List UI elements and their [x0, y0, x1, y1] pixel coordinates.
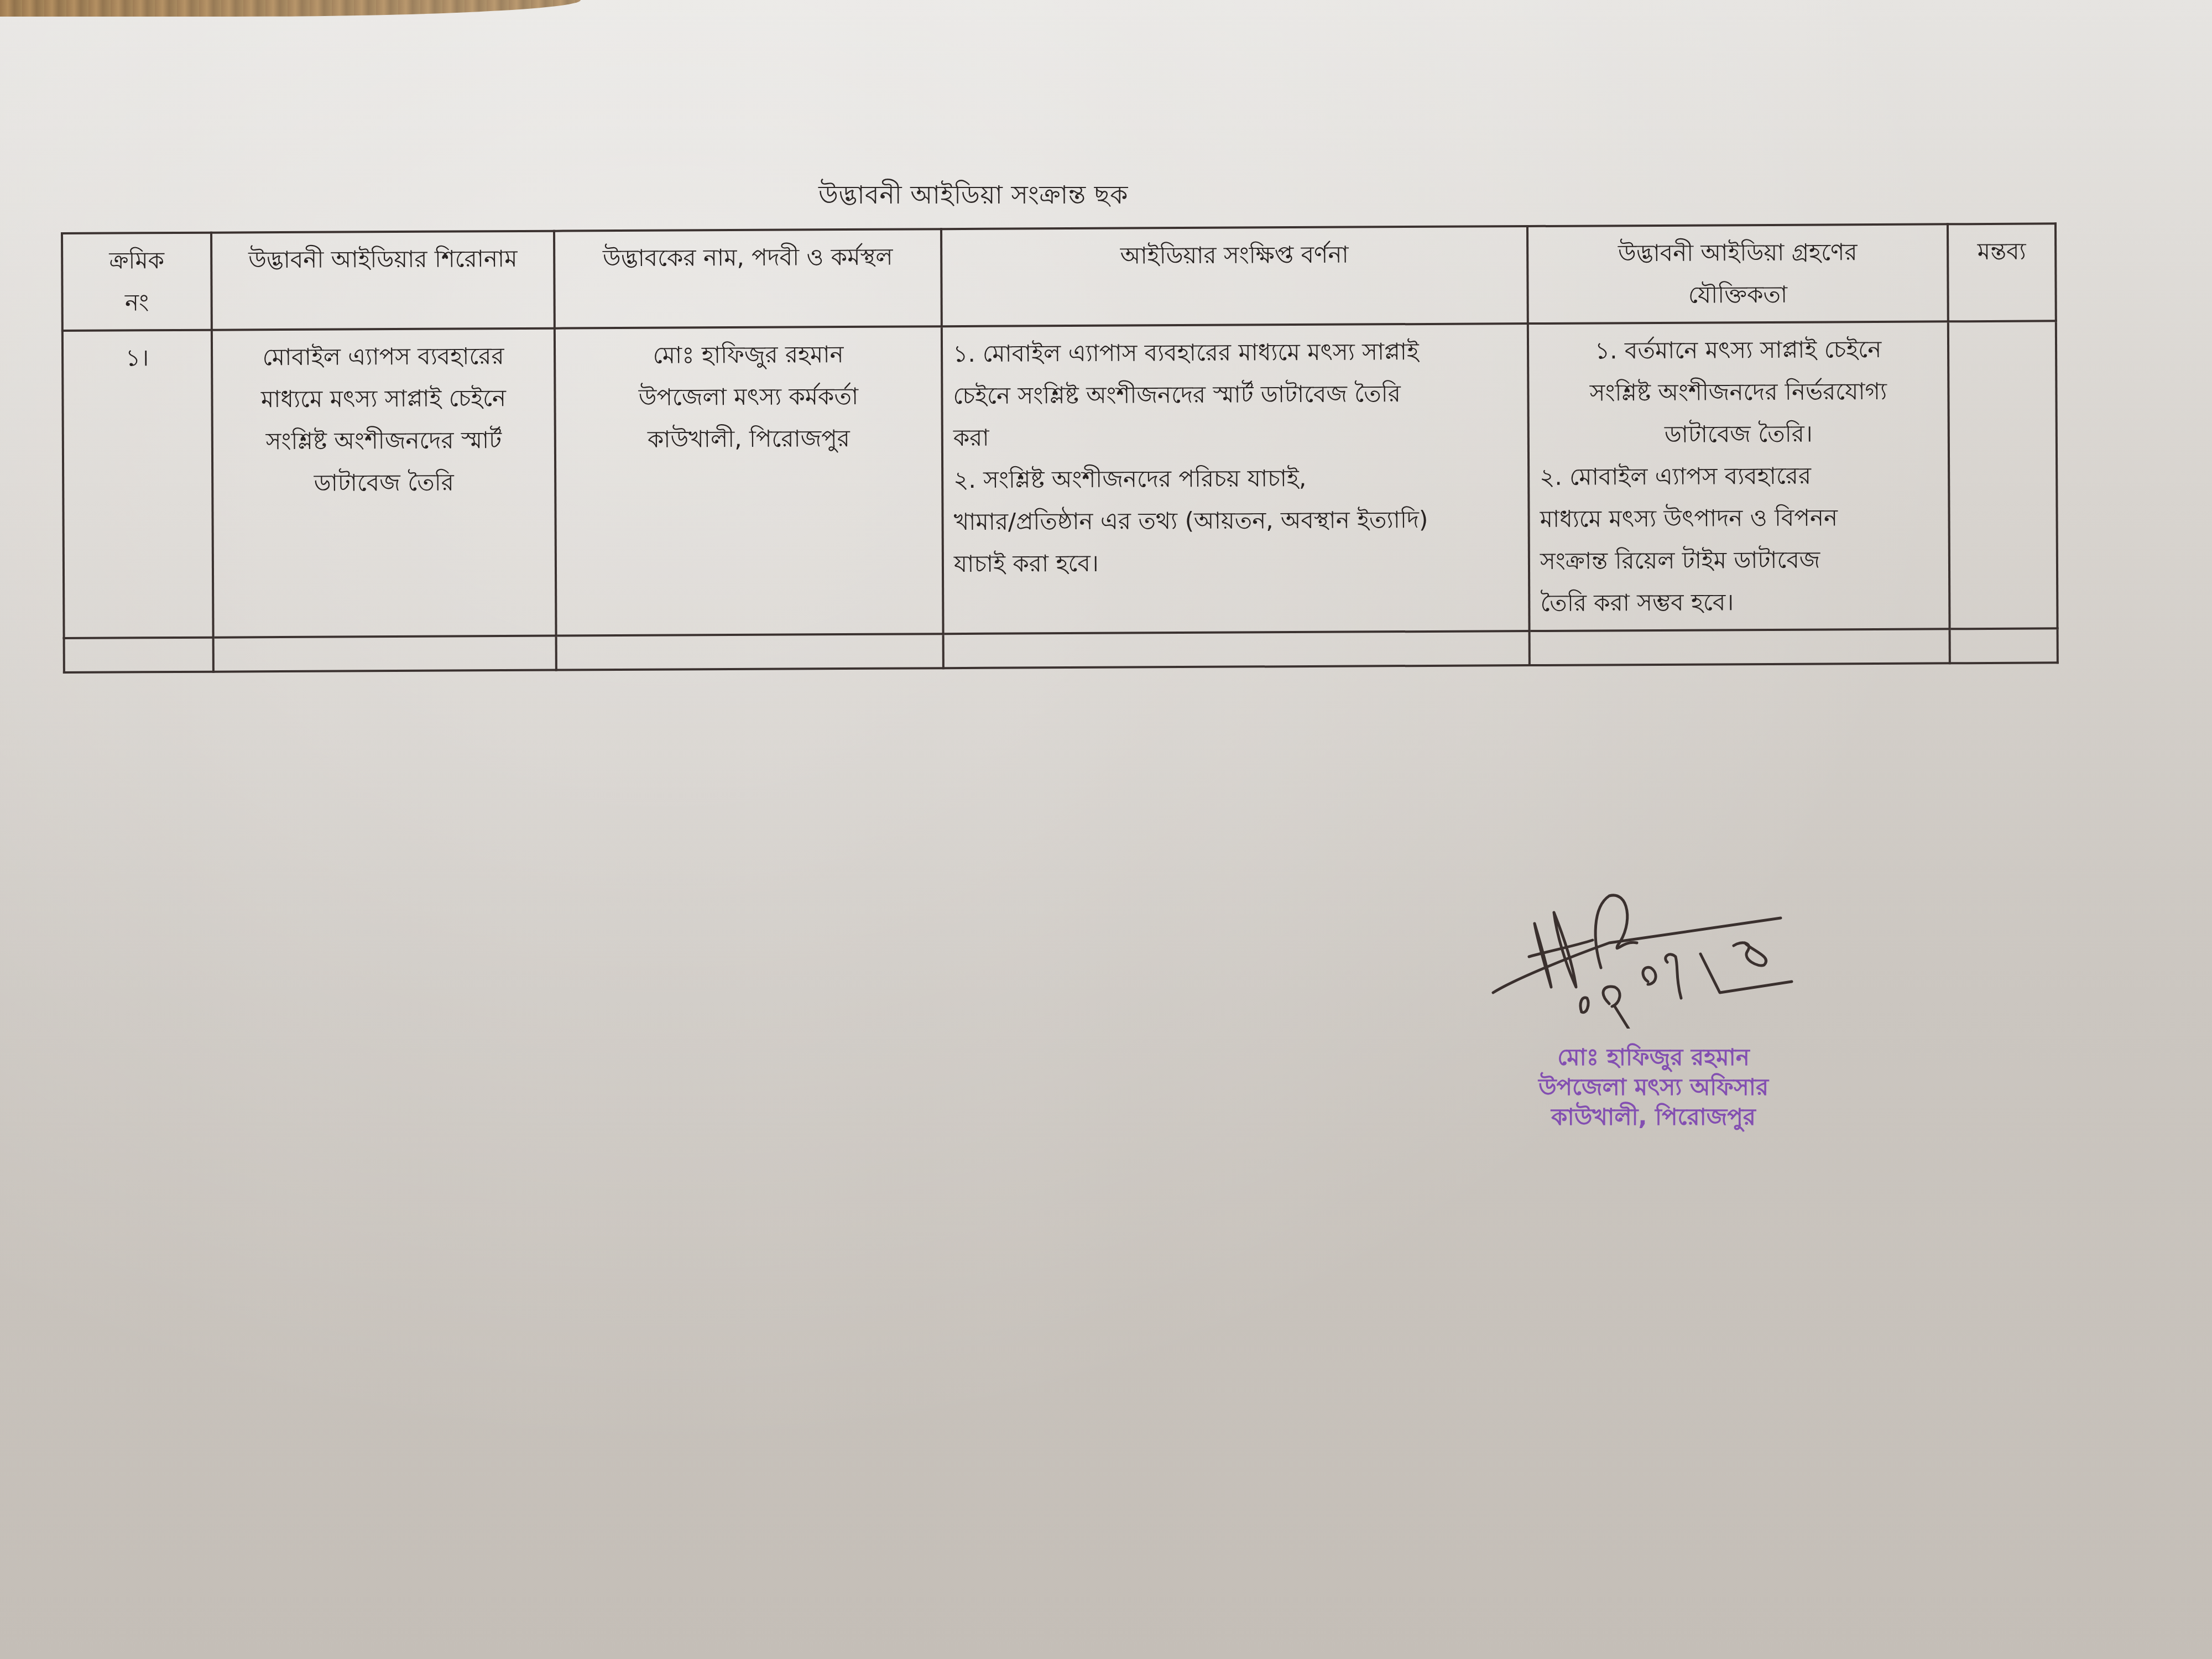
official-stamp: মোঃ হাফিজুর রহমান উপজেলা মৎস্য অফিসার কা…: [1521, 1042, 1786, 1132]
empty-cell: [1530, 629, 1950, 665]
header-serial: ক্রমিক নং: [62, 233, 212, 331]
table-header-row: ক্রমিক নং উদ্ভাবনী আইডিয়ার শিরোনাম উদ্ভ…: [62, 223, 2056, 331]
handwritten-signature: ০৩/০৭/২৪: [1482, 874, 1836, 1029]
header-rationale: উদ্ভাবনী আইডিয়া গ্রহণের যৌক্তিকতা: [1527, 224, 1948, 324]
stamp-designation: উপজেলা মৎস্য অফিসার: [1521, 1072, 1786, 1102]
empty-cell: [64, 638, 213, 672]
stamp-location: কাউখালী, পিরোজপুর: [1521, 1102, 1786, 1132]
empty-cell: [556, 634, 943, 670]
innovation-idea-table: ক্রমিক নং উদ্ভাবনী আইডিয়ার শিরোনাম উদ্ভ…: [61, 222, 2059, 674]
cell-idea-title: মোবাইল এ্যাপস ব্যবহারের মাধ্যমে মৎস্য সা…: [212, 328, 556, 638]
cell-description: ১. মোবাইল এ্যাপাস ব্যবহারের মাধ্যমে মৎস্…: [942, 324, 1530, 634]
empty-cell: [943, 631, 1530, 668]
header-description: আইডিয়ার সংক্ষিপ্ত বর্ণনা: [941, 226, 1528, 326]
cell-rationale: ১. বর্তমানে মৎস্য সাপ্লাই চেইনে সংশ্লিষ্…: [1528, 321, 1950, 631]
table-row: ১। মোবাইল এ্যাপস ব্যবহারের মাধ্যমে মৎস্য…: [62, 321, 2058, 638]
cell-remarks: [1948, 321, 2058, 629]
header-innovator: উদ্ভাবকের নাম, পদবী ও কর্মস্থল: [554, 229, 942, 328]
empty-cell: [213, 636, 556, 672]
header-idea-title: উদ্ভাবনী আইডিয়ার শিরোনাম: [211, 231, 555, 330]
stamp-name: মোঃ হাফিজুর রহমান: [1521, 1042, 1786, 1072]
header-remarks: মন্তব্য: [1948, 223, 2056, 321]
cell-innovator: মোঃ হাফিজুর রহমান উপজেলা মৎস্য কর্মকর্তা…: [555, 326, 943, 635]
empty-cell: [1950, 628, 2058, 663]
document-title: উদ্ভাবনী আইডিয়া সংক্রান্ত ছক: [818, 176, 1128, 218]
svg-text:০৩/০৭/২৪: ০৩/০৭/২৪: [1648, 1025, 1651, 1026]
wooden-desk-edge: [0, 0, 581, 17]
cell-serial: ১।: [62, 330, 213, 638]
